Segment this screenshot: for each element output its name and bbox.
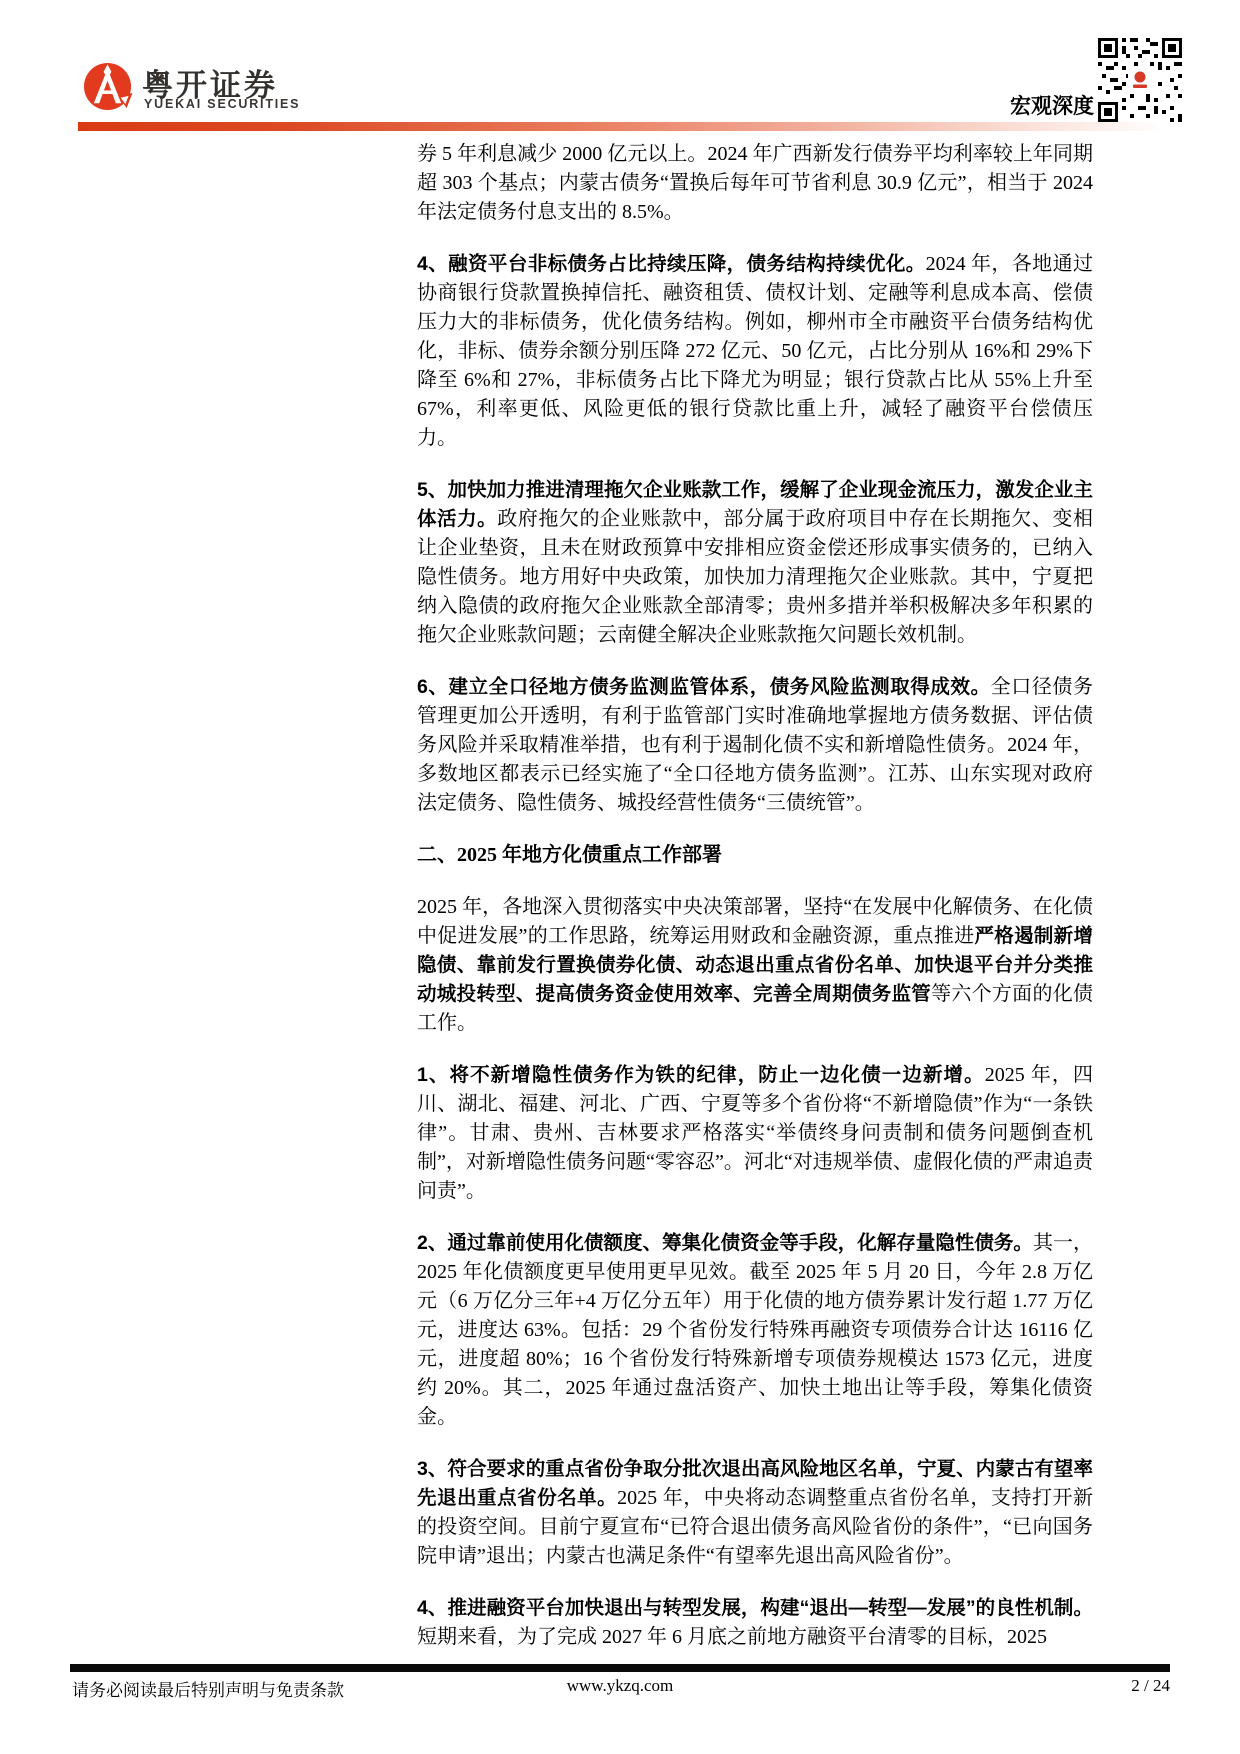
paragraph: 4、推进融资平台加快退出与转型发展，构建“退出—转型—发展”的良性机制。短期来看… (417, 1594, 1093, 1652)
yuekai-emblem-icon (83, 62, 134, 113)
paragraph: 6、建立全口径地方债务监测监管体系，债务风险监测取得成效。全口径债务管理更加公开… (417, 673, 1093, 818)
body-text: 其一，2025 年化债额度更早使用更早见效。截至 2025 年 5 月 20 日… (417, 1232, 1093, 1428)
bold-lead-text: 6、建立全口径地方债务监测监管体系，债务风险监测取得成效。 (417, 676, 991, 698)
section-heading: 二、2025 年地方化债重点工作部署 (417, 841, 1093, 870)
report-body: 券 5 年利息减少 2000 亿元以上。2024 年广西新发行债券平均利率较上年… (417, 140, 1093, 1675)
brand-name-en: YUEKAI SECURITIES (144, 97, 300, 111)
body-text: 短期来看，为了完成 2027 年 6 月底之前地方融资平台清零的目标，2025 (417, 1626, 1047, 1648)
header-divider (78, 122, 1166, 131)
body-text: 2024 年，各地通过协商银行贷款置换掉信托、融资租赁、债权计划、定融等利息成本… (417, 253, 1093, 449)
paragraph: 5、加快加力推进清理拖欠企业账款工作，缓解了企业现金流压力，激发企业主体活力。政… (417, 476, 1093, 650)
footer-page-number: 2 / 24 (1131, 1676, 1170, 1696)
bold-lead-text: 4、推进融资平台加快退出与转型发展，构建“退出—转型—发展”的良性机制。 (417, 1597, 1093, 1619)
paragraph: 1、将不新增隐性债务作为铁的纪律，防止一边化债一边新增。2025 年，四川、湖北… (417, 1061, 1093, 1206)
report-category-label: 宏观深度 (1010, 90, 1094, 120)
body-text: 政府拖欠的企业账款中，部分属于政府项目中存在长期拖欠、变相让企业垫资，且未在财政… (417, 508, 1093, 646)
footer-divider (70, 1664, 1170, 1672)
paragraph: 4、融资平台非标债务占比持续压降，债务结构持续优化。2024 年，各地通过协商银… (417, 250, 1093, 453)
paragraph: 2025 年，各地深入贯彻落实中央决策部署，坚持“在发展中化解债务、在化债中促进… (417, 893, 1093, 1038)
document-page: 粤开证券 YUEKAI SECURITIES 宏观深度 券 5 (0, 0, 1240, 1754)
body-text: 券 5 年利息减少 2000 亿元以上。2024 年广西新发行债券平均利率较上年… (417, 143, 1093, 223)
bold-lead-text: 1、将不新增隐性债务作为铁的纪律，防止一边化债一边新增。 (417, 1064, 985, 1086)
bold-lead-text: 2、通过靠前使用化债额度、筹集化债资金等手段，化解存量隐性债务。 (417, 1232, 1033, 1254)
footer-website: www.ykzq.com (0, 1676, 1240, 1696)
bold-lead-text: 4、融资平台非标债务占比持续压降，债务结构持续优化。 (417, 253, 926, 275)
body-text: 二、2025 年地方化债重点工作部署 (417, 844, 722, 866)
paragraph: 3、符合要求的重点省份争取分批次退出高风险地区名单，宁夏、内蒙古有望率先退出重点… (417, 1455, 1093, 1571)
qr-code (1098, 38, 1182, 122)
paragraph: 2、通过靠前使用化债额度、筹集化债资金等手段，化解存量隐性债务。其一，2025 … (417, 1229, 1093, 1432)
paragraph: 券 5 年利息减少 2000 亿元以上。2024 年广西新发行债券平均利率较上年… (417, 140, 1093, 227)
